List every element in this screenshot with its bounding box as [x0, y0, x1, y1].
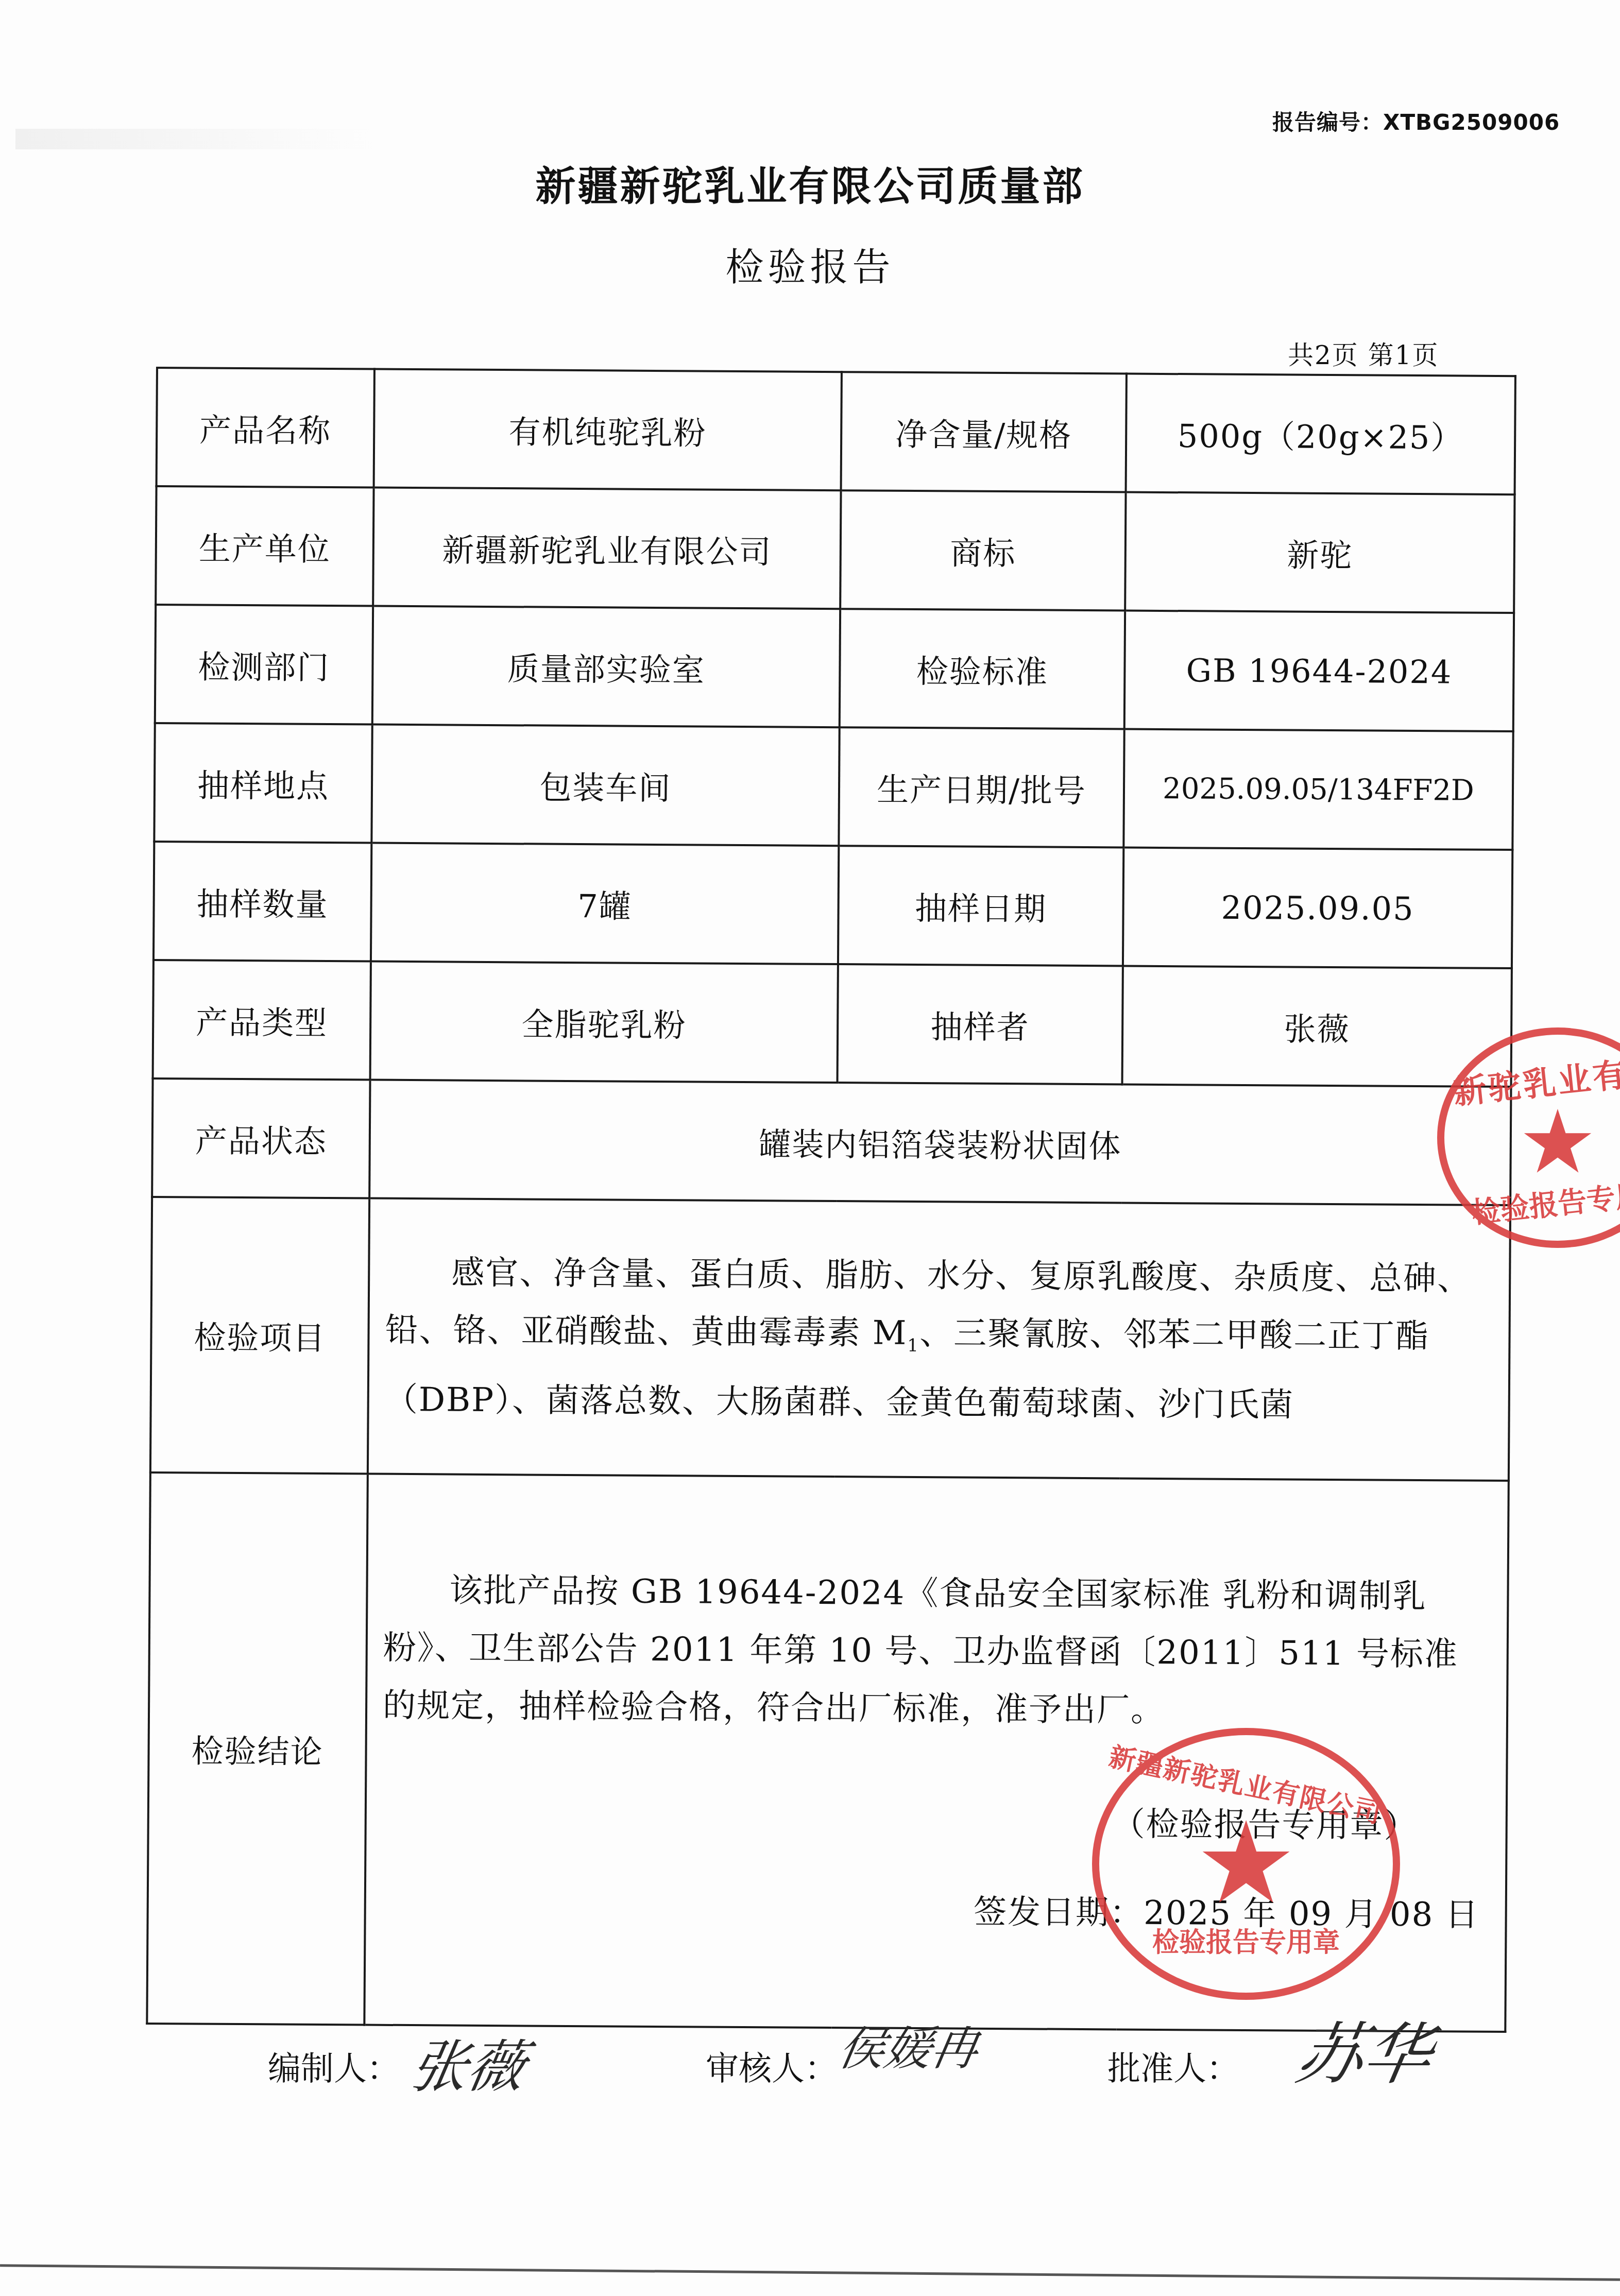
field-value: 2025.09.05 — [1123, 847, 1512, 968]
compiler-label: 编制人： — [268, 2042, 400, 2089]
field-label: 检测部门 — [155, 605, 373, 725]
field-value: 500g（20g×25） — [1126, 374, 1515, 495]
conclusion-text: 该批产品按 GB 19644-2024《食品安全国家标准 乳粉和调制乳粉》、卫生… — [383, 1562, 1492, 1741]
reviewer-signature: 侯媛冉 — [834, 2011, 985, 2078]
field-value: 新疆新驼乳业有限公司 — [373, 488, 841, 609]
report-title: 检验报告 — [0, 237, 1620, 292]
company-title: 新疆新驼乳业有限公司质量部 — [0, 155, 1620, 212]
field-label: 产品类型 — [153, 960, 371, 1080]
report-number-value: XTBG2509006 — [1383, 110, 1560, 135]
field-label: 检验项目 — [150, 1197, 369, 1474]
scan-smudge — [15, 129, 376, 149]
field-label: 净含量/规格 — [841, 372, 1127, 492]
table-row: 产品名称 有机纯驼乳粉 净含量/规格 500g（20g×25） — [157, 368, 1515, 494]
field-value: 质量部实验室 — [372, 606, 840, 728]
table-row-inspection-items: 检验项目 感官、净含量、蛋白质、脂肪、水分、复原乳酸度、杂质度、总砷、铅、铬、亚… — [150, 1197, 1510, 1481]
star-icon: ★ — [1099, 1797, 1393, 1929]
field-label: 检验结论 — [147, 1472, 368, 2025]
field-value: 全脂驼乳粉 — [370, 962, 838, 1083]
table-row: 产品类型 全脂驼乳粉 抽样者 张薇 — [153, 960, 1512, 1087]
field-value: 7罐 — [371, 843, 839, 965]
signature-block: 编制人： 张薇 审核人： 侯媛冉 批准人： 苏华 — [268, 2021, 1504, 2124]
inspection-items: 感官、净含量、蛋白质、脂肪、水分、复原乳酸度、杂质度、总砷、铅、铬、亚硝酸盐、黄… — [368, 1198, 1510, 1481]
field-value: GB 19644-2024 — [1124, 611, 1514, 732]
page-info: 共2页 第1页 — [1288, 335, 1439, 372]
scan-edge-line — [0, 2264, 1620, 2281]
table-row: 检测部门 质量部实验室 检验标准 GB 19644-2024 — [155, 605, 1514, 731]
approver-signature: 苏华 — [1290, 2001, 1441, 2097]
field-label: 抽样地点 — [154, 723, 372, 843]
field-value: 有机纯驼乳粉 — [374, 369, 842, 491]
report-number: 报告编号：XTBG2509006 — [1272, 106, 1560, 136]
table-row: 抽样地点 包装车间 生产日期/批号 2025.09.05/134FF2D — [154, 723, 1513, 850]
field-label: 抽样者 — [838, 964, 1123, 1084]
field-label: 抽样日期 — [838, 846, 1123, 966]
table-row-product-state: 产品状态 罐装内铝箔袋装粉状固体 — [152, 1078, 1511, 1205]
stamp-bottom-text: 检验报告专用章 — [1099, 1921, 1393, 1959]
items-subscript: 1 — [907, 1335, 919, 1356]
table-row: 抽样数量 7罐 抽样日期 2025.09.05 — [154, 842, 1512, 968]
field-label: 生产日期/批号 — [839, 727, 1124, 847]
table-row: 生产单位 新疆新驼乳业有限公司 商标 新驼 — [156, 486, 1514, 613]
compiler-signature: 张薇 — [405, 2021, 533, 2103]
report-number-label: 报告编号： — [1272, 110, 1383, 135]
reviewer-label: 审核人： — [706, 2042, 838, 2089]
field-value: 新驼 — [1125, 492, 1514, 613]
field-label: 商标 — [840, 490, 1126, 610]
field-label: 生产单位 — [156, 486, 373, 606]
field-label: 产品名称 — [157, 368, 374, 488]
field-value: 包装车间 — [371, 725, 839, 846]
field-label: 抽样数量 — [154, 842, 371, 962]
field-value: 罐装内铝箔袋装粉状固体 — [369, 1080, 1511, 1206]
field-label: 产品状态 — [152, 1078, 370, 1198]
inspection-seal-stamp: 新疆新驼乳业有限公司 ★ 检验报告专用章 — [1092, 1728, 1400, 2000]
field-value: 2025.09.05/134FF2D — [1123, 729, 1513, 850]
field-label: 检验标准 — [840, 609, 1125, 729]
approver-label: 批准人： — [1107, 2042, 1239, 2089]
